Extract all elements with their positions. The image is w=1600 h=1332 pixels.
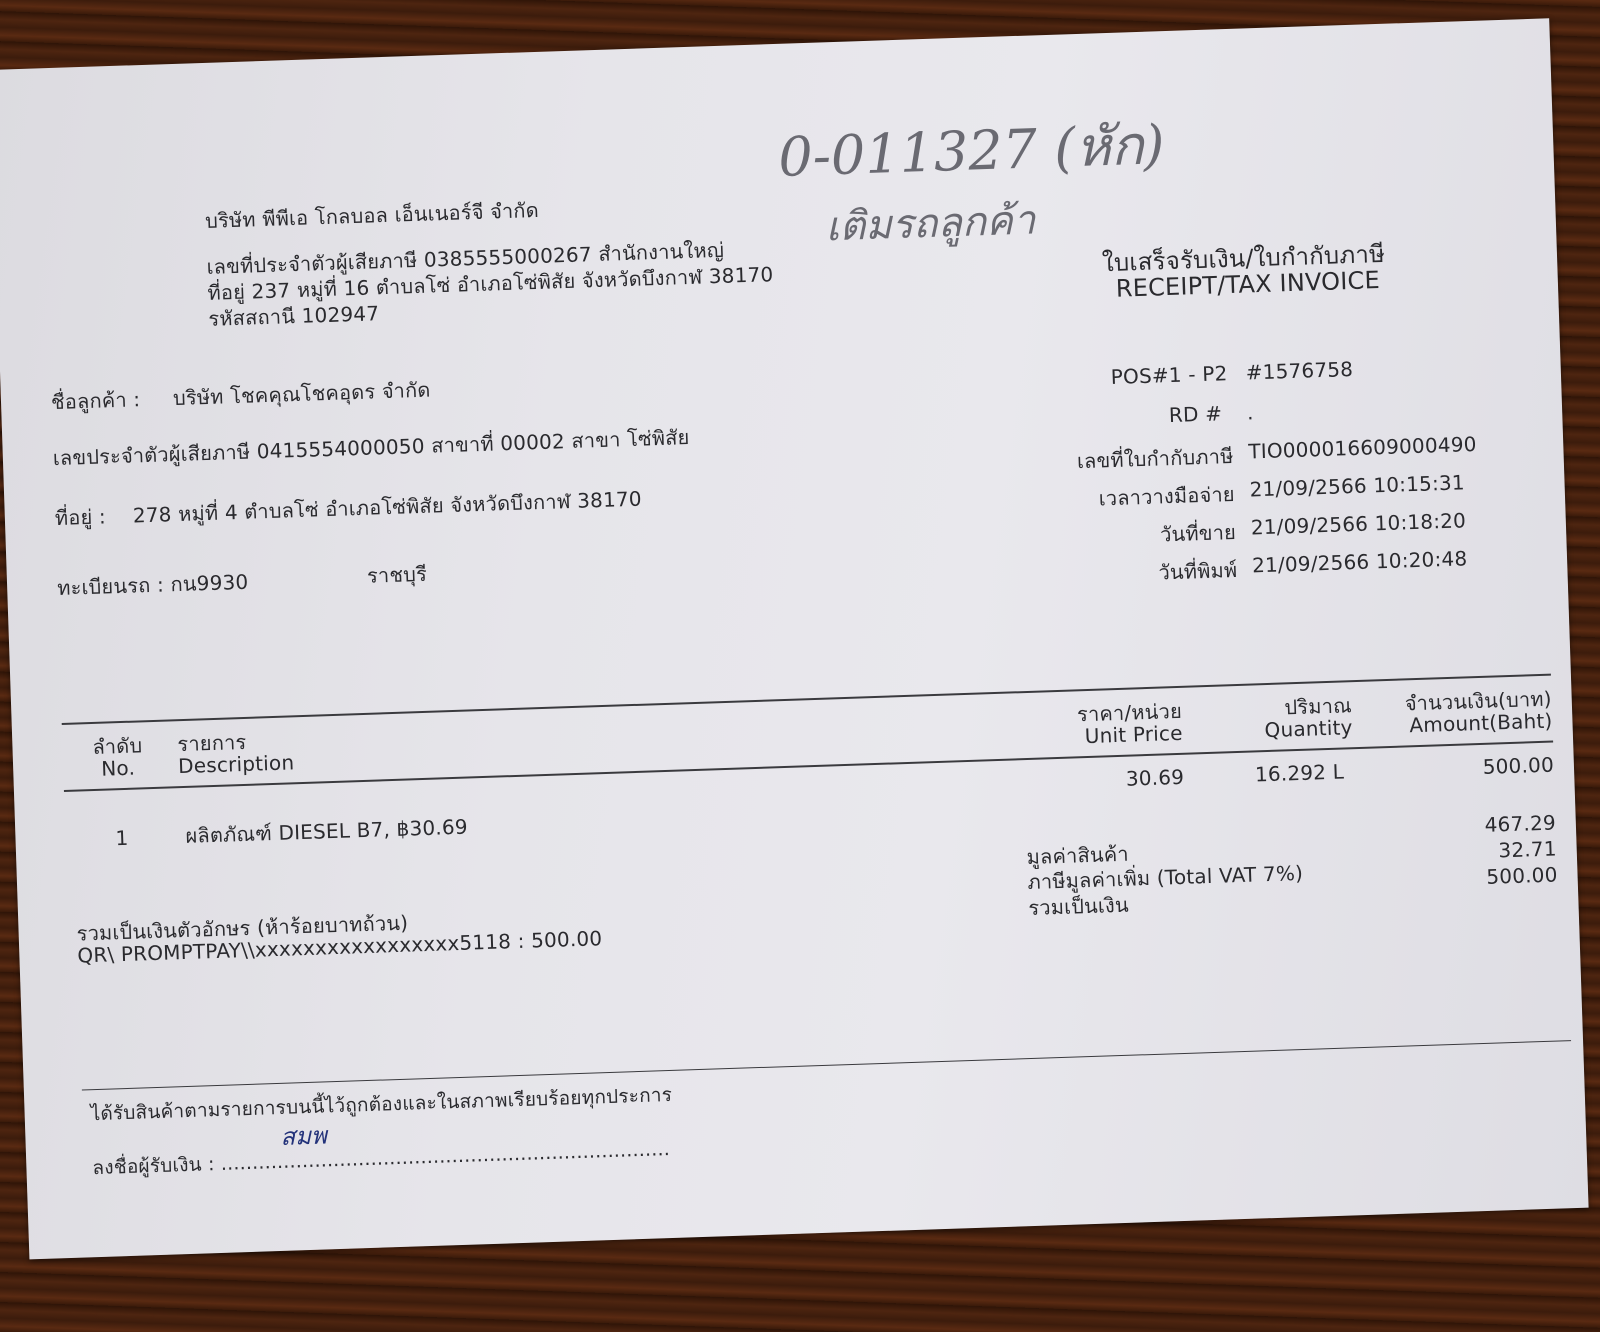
- col-desc-english: Description: [178, 750, 295, 778]
- customer-name: บริษัท โชคคุณโชคอุดร จำกัด: [172, 374, 431, 415]
- grand-total-label: รวมเป็นเงิน: [1028, 889, 1129, 924]
- col-amount-english: Amount(Baht): [1372, 709, 1553, 739]
- rd-label: RD #: [1102, 401, 1223, 429]
- print-date-label: วันที่พิมพ์: [1007, 554, 1238, 594]
- receipt-paper: 0-011327 (หัก) เติมรถลูกค้า บริษัท พีพีเ…: [0, 18, 1589, 1259]
- col-qty-english: Quantity: [1212, 715, 1353, 744]
- seller-name: บริษัท พีพีเอ โกลบอล เอ็นเนอร์จี จำกัด: [205, 194, 540, 237]
- row-no: 1: [115, 826, 129, 850]
- customer-tax-line: เลขประจำตัวผู้เสียภาษี 0415554000050 สาข…: [52, 421, 690, 474]
- print-date: 21/09/2566 10:20:48: [1252, 546, 1468, 577]
- signature: สมพ: [280, 1115, 328, 1156]
- vehicle-province: ราชบุรี: [366, 558, 427, 592]
- nozzle-time: 21/09/2566 10:15:31: [1249, 470, 1465, 501]
- seller-station-code: รหัสสถานี 102947: [208, 297, 380, 335]
- customer-name-label: ชื่อลูกค้า :: [51, 383, 141, 418]
- handwritten-note-customer-fill: เติมรถลูกค้า: [825, 187, 1037, 258]
- grand-total-value: 500.00: [1377, 862, 1558, 892]
- signature-line: ลงชื่อผู้รับเงิน : .....................…: [92, 1134, 670, 1183]
- acknowledgement-text: ได้รับสินค้าตามรายการบนนี้ไว้ถูกต้องและใ…: [90, 1080, 672, 1129]
- sale-date: 21/09/2566 10:18:20: [1250, 508, 1466, 539]
- pos-number: #1576758: [1245, 357, 1353, 385]
- row-description: ผลิตภัณฑ์ DIESEL B7, ฿30.69: [185, 811, 468, 852]
- col-no-english: No.: [101, 756, 136, 781]
- tax-invoice-number: TIO000016609000490: [1248, 432, 1477, 464]
- col-price-english: Unit Price: [1032, 721, 1183, 750]
- customer-address-label: ที่อยู่ :: [54, 500, 106, 534]
- subtotal-value: 467.29: [1376, 811, 1557, 841]
- tax-invoice-number-label: เลขที่ใบกำกับภาษี: [1003, 440, 1234, 480]
- nozzle-time-label: เวลาวางมือจ่าย: [1004, 478, 1235, 518]
- footer-rule: [82, 1040, 1571, 1090]
- row-quantity: 16.292 L: [1214, 760, 1345, 788]
- vat-value: 32.71: [1376, 836, 1557, 866]
- customer-address: 278 หมู่ที่ 4 ตำบลโซ่ อำเภอโซ่พิสัย จังห…: [132, 483, 642, 532]
- pos-id: POS#1 - P2: [1110, 361, 1227, 389]
- row-amount: 500.00: [1374, 753, 1555, 783]
- handwritten-note-reference: 0-011327 (หัก): [777, 101, 1166, 200]
- rd-value: .: [1247, 400, 1254, 424]
- sale-date-label: วันที่ขาย: [1006, 516, 1237, 556]
- vehicle-plate: ทะเบียนรถ : กน9930: [57, 566, 249, 604]
- row-unit-price: 30.69: [1034, 765, 1185, 794]
